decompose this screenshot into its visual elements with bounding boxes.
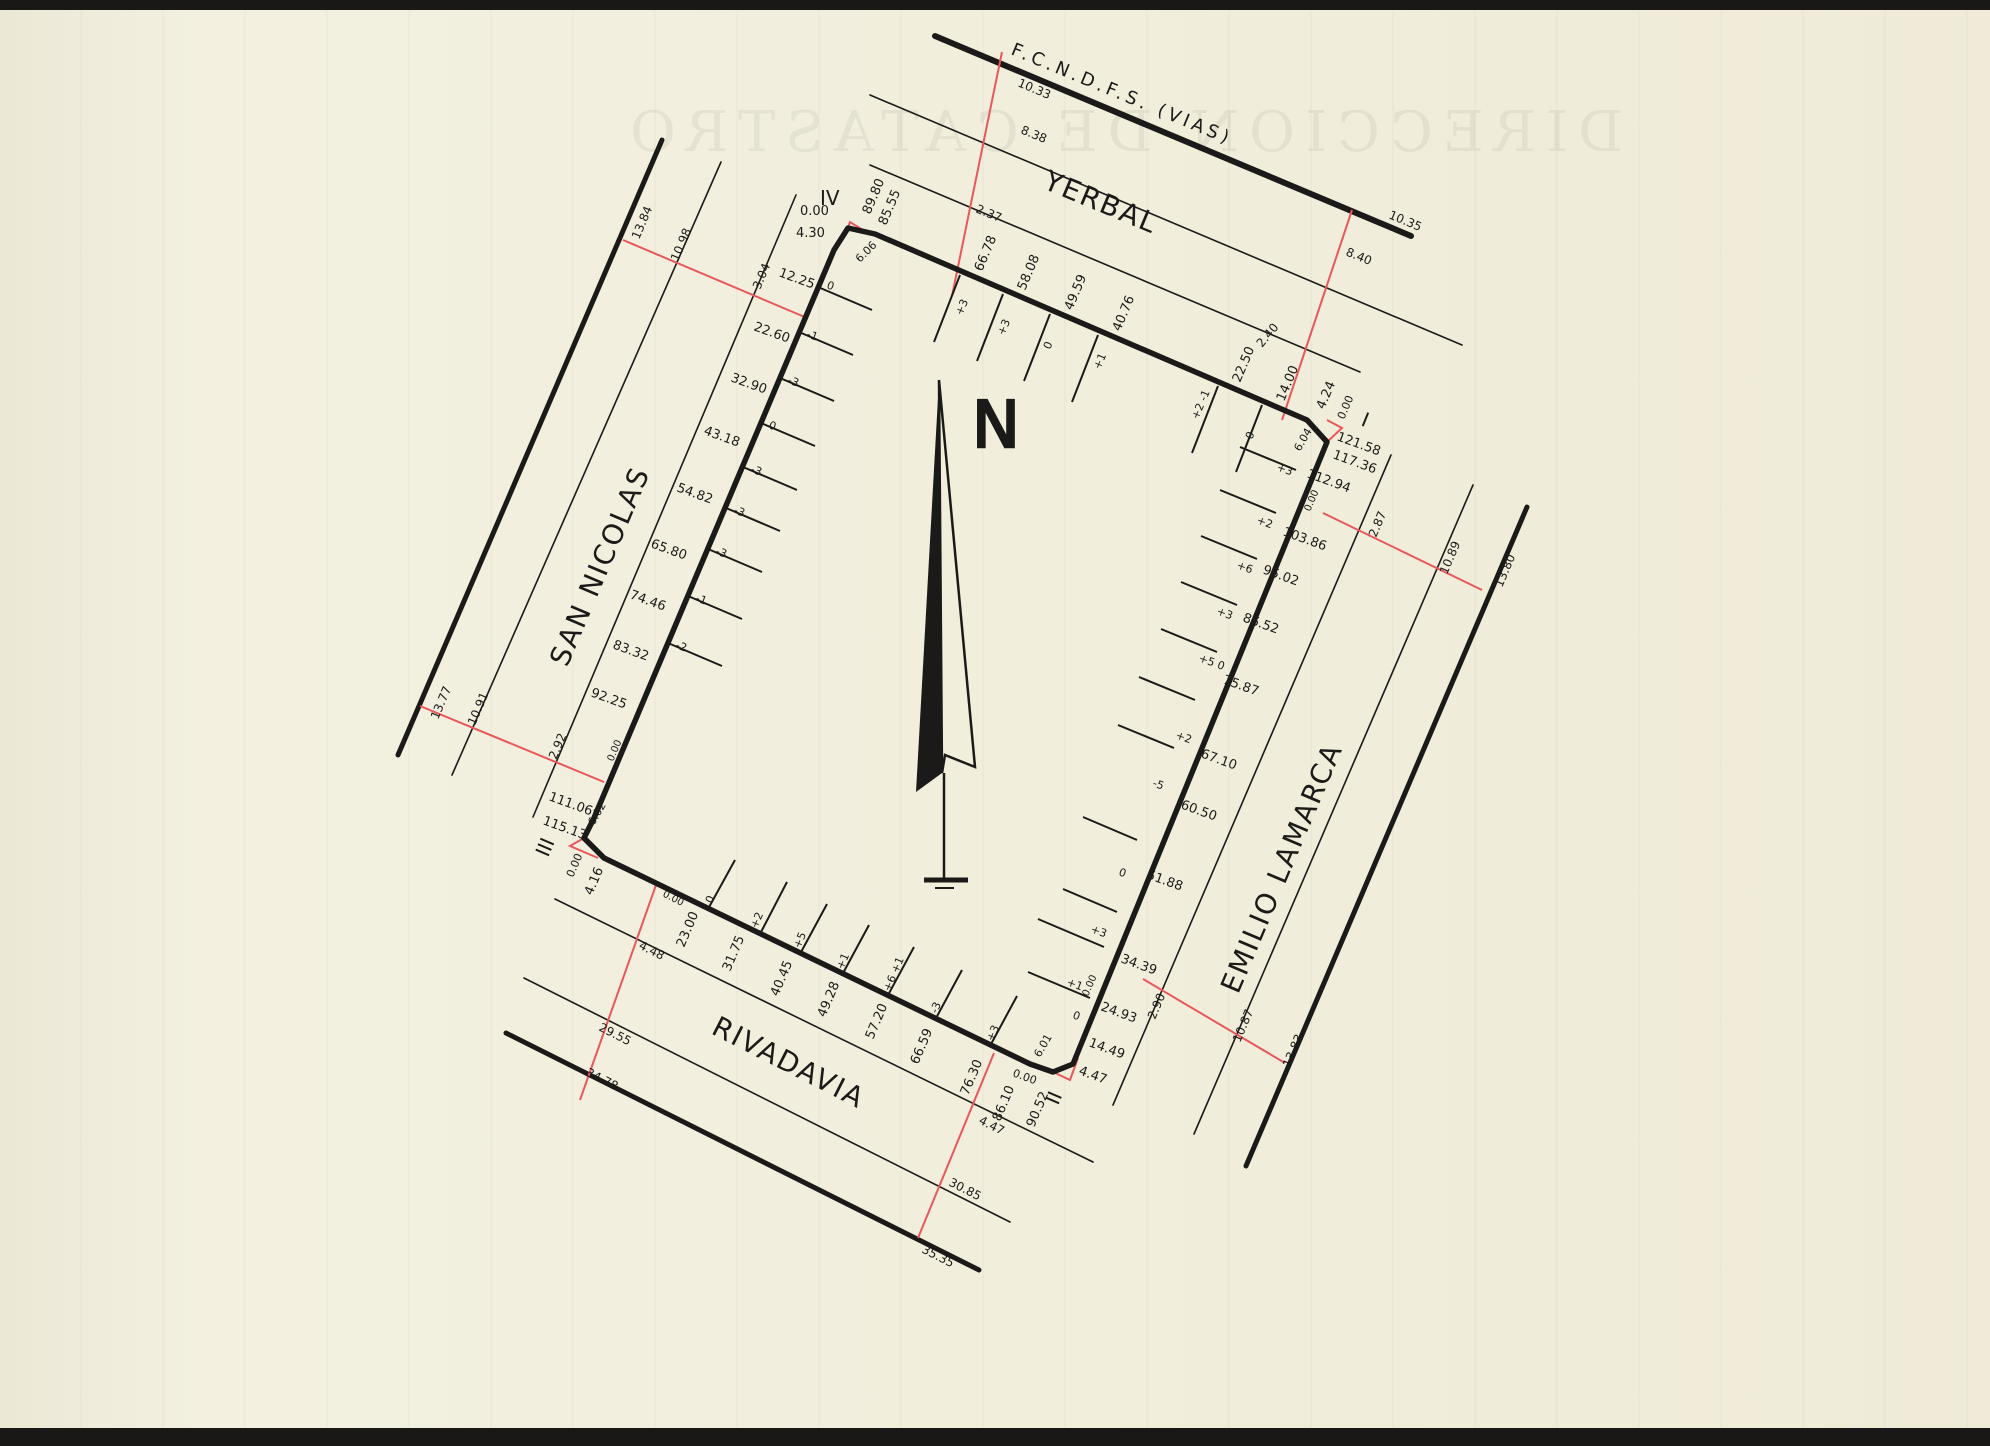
corner-label-iii: III [531, 834, 560, 860]
side-level: 0 [1041, 340, 1056, 352]
corner-value: 86.10 [990, 1083, 1018, 1123]
side-level: +3 [984, 1023, 1002, 1043]
corner-value: 0.00 [1335, 394, 1357, 422]
side-distance: 60.50 [1179, 798, 1219, 825]
side-level: +3 [995, 317, 1013, 337]
side-distance: 12.25 [777, 266, 817, 293]
offset-label: 13.77 [428, 684, 454, 721]
side-distance: 74.46 [628, 588, 668, 615]
side-level: +2 [1255, 514, 1275, 532]
street-label-yerbal: YERBAL [1038, 164, 1163, 241]
side-distance: 51.88 [1145, 868, 1185, 895]
offset-label: 10.98 [668, 226, 694, 263]
side-distance: 76.30 [958, 1057, 986, 1097]
side-level: -1 [805, 328, 820, 344]
corner-value: 0.00 [564, 852, 586, 880]
side-distance: 34.39 [1119, 952, 1159, 979]
side-distance: 23.00 [674, 909, 702, 949]
offset-label: 34.78 [584, 1065, 621, 1093]
side-distance: 49.28 [815, 979, 843, 1019]
side-level: +5 0 [1197, 652, 1227, 673]
side-level: 0 [767, 419, 778, 434]
side-level: -5 [1151, 777, 1166, 793]
street-label-rivadavia: RIVADAVIA [707, 1010, 871, 1115]
paper-sheet: DIRECCION DE CATASTRO [0, 10, 1990, 1428]
side-level: +3 [953, 297, 971, 317]
side-level: -3 [786, 374, 801, 390]
san-nicolas-outer-line [398, 140, 662, 755]
side-distance: 54.82 [675, 481, 715, 508]
north-label: N [972, 389, 1020, 463]
corner-value: 0.00 [1011, 1067, 1038, 1088]
side-level: +2 [1174, 729, 1194, 747]
side-level: +3 [1275, 461, 1295, 479]
offset-label: 10.89 [1437, 539, 1463, 576]
side-distance: 58.08 [1015, 252, 1043, 292]
side-level: +1 [1091, 351, 1109, 371]
side-distance: 32.90 [729, 371, 769, 398]
side-distance: 40.76 [1110, 293, 1138, 333]
side-level: +6 +1 [881, 955, 907, 993]
side-distance: 103.86 [1281, 525, 1329, 555]
corner-value: 4.16 [582, 865, 607, 898]
offset-label: 13.80 [1492, 552, 1518, 589]
side-distance: 66.59 [908, 1026, 936, 1066]
side-level: 0 [1117, 866, 1128, 881]
corner-value: 4.30 [796, 226, 825, 241]
side-distance: 49.59 [1062, 272, 1090, 312]
side-distance: 22.60 [752, 320, 792, 347]
offset-label: 2.37 [974, 202, 1004, 225]
corner-value: 6.01 [1031, 1032, 1055, 1060]
offset-label: 4.48 [637, 938, 667, 963]
side-distance: 75.87 [1221, 673, 1261, 700]
side-distance: 24.93 [1099, 1000, 1139, 1027]
side-distance: 31.75 [720, 933, 748, 973]
zero-mark: 0.00 [661, 889, 686, 909]
side-distance: 92.25 [589, 686, 629, 713]
offset-label: 13.83 [1280, 1032, 1306, 1069]
corner-value: 4.24 [1314, 379, 1339, 412]
corner-label-i: I [1358, 407, 1372, 431]
zero-mark: 0.00 [1081, 973, 1100, 998]
rivadavia-outer-line [506, 1033, 979, 1270]
offset-label: 2.92 [546, 731, 569, 761]
side-level: 0 [825, 279, 836, 294]
side-distance: 22.50 [1230, 344, 1258, 384]
corner-value: 111.06 [547, 790, 595, 820]
corner-value: 6.04 [1291, 426, 1315, 454]
side-level: +5 [791, 930, 809, 950]
side-distance: 65.80 [649, 537, 689, 564]
block-plan-map: N F.C.N.D.F.S. (VIAS) 10.33 10.35 YERBAL… [0, 10, 1990, 1428]
side-level: +3 [1089, 923, 1109, 941]
side-distance: 40.45 [768, 958, 796, 998]
side-level: 0 [1243, 430, 1258, 442]
rivadavia-curb-line [555, 899, 1093, 1162]
offset-label: 2.87 [1366, 509, 1389, 539]
offset-label: 8.40 [1344, 245, 1374, 268]
corner-value: 0.00 [800, 204, 829, 219]
offset-label: 2.40 [1254, 320, 1282, 349]
side-distance: 67.10 [1199, 747, 1239, 774]
corner-value: 4.47 [1077, 1064, 1109, 1088]
side-level: +6 [1235, 559, 1255, 577]
north-arrow-icon: N [916, 380, 1020, 888]
side-level: +2 -1 [1189, 388, 1213, 421]
railway-line [935, 36, 1411, 236]
offset-label: 2.90 [1145, 991, 1168, 1021]
side-level: -1 [694, 592, 709, 608]
side-distance: 14.49 [1087, 1036, 1127, 1063]
side-level: -2 [674, 639, 689, 655]
side-level: -3 [732, 504, 747, 520]
street-label-emilio-lamarca: EMILIO LAMARCA [1214, 738, 1349, 998]
side-distance: 83.32 [611, 638, 651, 665]
side-distance: 14.00 [1274, 363, 1302, 403]
side-level: +3 [1215, 605, 1235, 623]
offset-label: 8.38 [1019, 123, 1049, 146]
side-distance: 43.18 [702, 424, 742, 451]
corner-value: 90.52 [1024, 1089, 1052, 1129]
offset-label: 10.91 [465, 690, 491, 727]
side-level: -3 [749, 463, 764, 479]
side-distance: 57.20 [863, 1001, 891, 1041]
side-level: 0 [1071, 1009, 1082, 1024]
block-outline [584, 228, 1327, 1072]
offset-label: 35.35 [920, 1242, 957, 1270]
side-distance: 66.78 [972, 233, 1000, 273]
offset-label: 10.87 [1230, 1007, 1256, 1044]
side-level: +1 [834, 951, 852, 971]
offset-label: 3.04 [750, 261, 773, 291]
side-level: -3 [714, 545, 729, 561]
corner-value: 6.06 [853, 239, 880, 266]
